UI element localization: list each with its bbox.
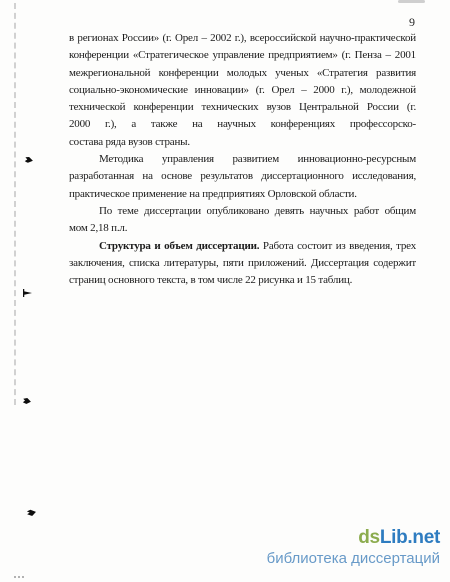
text-line: 2000 г.), а также на научных конференция…	[69, 116, 416, 133]
dslib-logo: dsLib.net	[267, 527, 440, 549]
text-segment: По теме диссертации опубликовано девять …	[69, 205, 416, 220]
paragraph: Структура и объем диссертации. Работа со…	[69, 238, 416, 290]
text-line: мом 2,18 п.л.	[69, 220, 416, 237]
left-perforation-dash-line	[14, 3, 16, 405]
text-segment: мом 2,18 п.л.	[69, 222, 127, 234]
text-line: заключения, списка литературы, пяти прил…	[69, 255, 416, 272]
ink-blot-icon	[23, 289, 32, 297]
bold-text-segment: Структура и объем диссертации.	[99, 240, 259, 252]
text-segment: заключения, списка литературы, пяти прил…	[69, 257, 416, 272]
text-segment: технической конференции технических вузо…	[69, 101, 416, 116]
text-line: По теме диссертации опубликовано девять …	[69, 203, 416, 220]
logo-libnet-text: Lib.net	[380, 527, 440, 548]
top-right-scan-smudge	[398, 0, 425, 3]
text-line: Методика управления развитием инновацион…	[69, 151, 416, 168]
ink-blot-icon	[23, 398, 32, 405]
text-segment: практическое применение на предприятиях …	[69, 188, 357, 200]
paragraph: в регионах России» (г. Орел – 2002 г.), …	[69, 30, 416, 151]
text-segment: социально-экономические инновации» (г. О…	[69, 84, 416, 99]
text-line: состава ряда вузов страны.	[69, 134, 416, 151]
paragraph: По теме диссертации опубликовано девять …	[69, 203, 416, 238]
bottom-left-scan-dots	[14, 576, 25, 578]
paragraph: Методика управления развитием инновацион…	[69, 151, 416, 203]
text-line: межрегиональной конференции молодых учен…	[69, 65, 416, 82]
text-line: практическое применение на предприятиях …	[69, 186, 416, 203]
text-line: социально-экономические инновации» (г. О…	[69, 82, 416, 99]
ink-blot-icon	[27, 509, 36, 517]
text-line: страниц основного текста, в том числе 22…	[69, 272, 416, 289]
text-line: технической конференции технических вузо…	[69, 99, 416, 116]
document-text: в регионах России» (г. Орел – 2002 г.), …	[69, 30, 416, 289]
text-line: в регионах России» (г. Орел – 2002 г.), …	[69, 30, 416, 47]
text-segment: в регионах России» (г. Орел – 2002 г.), …	[69, 32, 416, 44]
text-segment: разработанная на основе результатов дисс…	[69, 170, 416, 185]
dslib-watermark: dsLib.net библиотека диссертаций	[267, 527, 440, 568]
text-segment: конференции «Стратегическое управление п…	[69, 49, 416, 64]
text-line: Структура и объем диссертации. Работа со…	[69, 238, 416, 255]
text-segment: состава ряда вузов страны.	[69, 136, 190, 148]
ink-blot-icon	[25, 156, 34, 163]
page-number: 9	[409, 15, 415, 30]
text-segment: 2000 г.), а также на научных конференция…	[69, 118, 416, 133]
text-segment: межрегиональной конференции молодых учен…	[69, 67, 416, 82]
text-line: разработанная на основе результатов дисс…	[69, 168, 416, 185]
dslib-tagline: библиотека диссертаций	[267, 550, 440, 568]
logo-ds-text: ds	[358, 527, 380, 548]
scanned-document-page: 9 в регионах России» (г. Орел – 2002 г.)…	[0, 0, 450, 582]
text-line: конференции «Стратегическое управление п…	[69, 47, 416, 64]
text-segment: Методика управления развитием инновацион…	[69, 153, 416, 168]
text-segment: страниц основного текста, в том числе 22…	[69, 274, 352, 286]
